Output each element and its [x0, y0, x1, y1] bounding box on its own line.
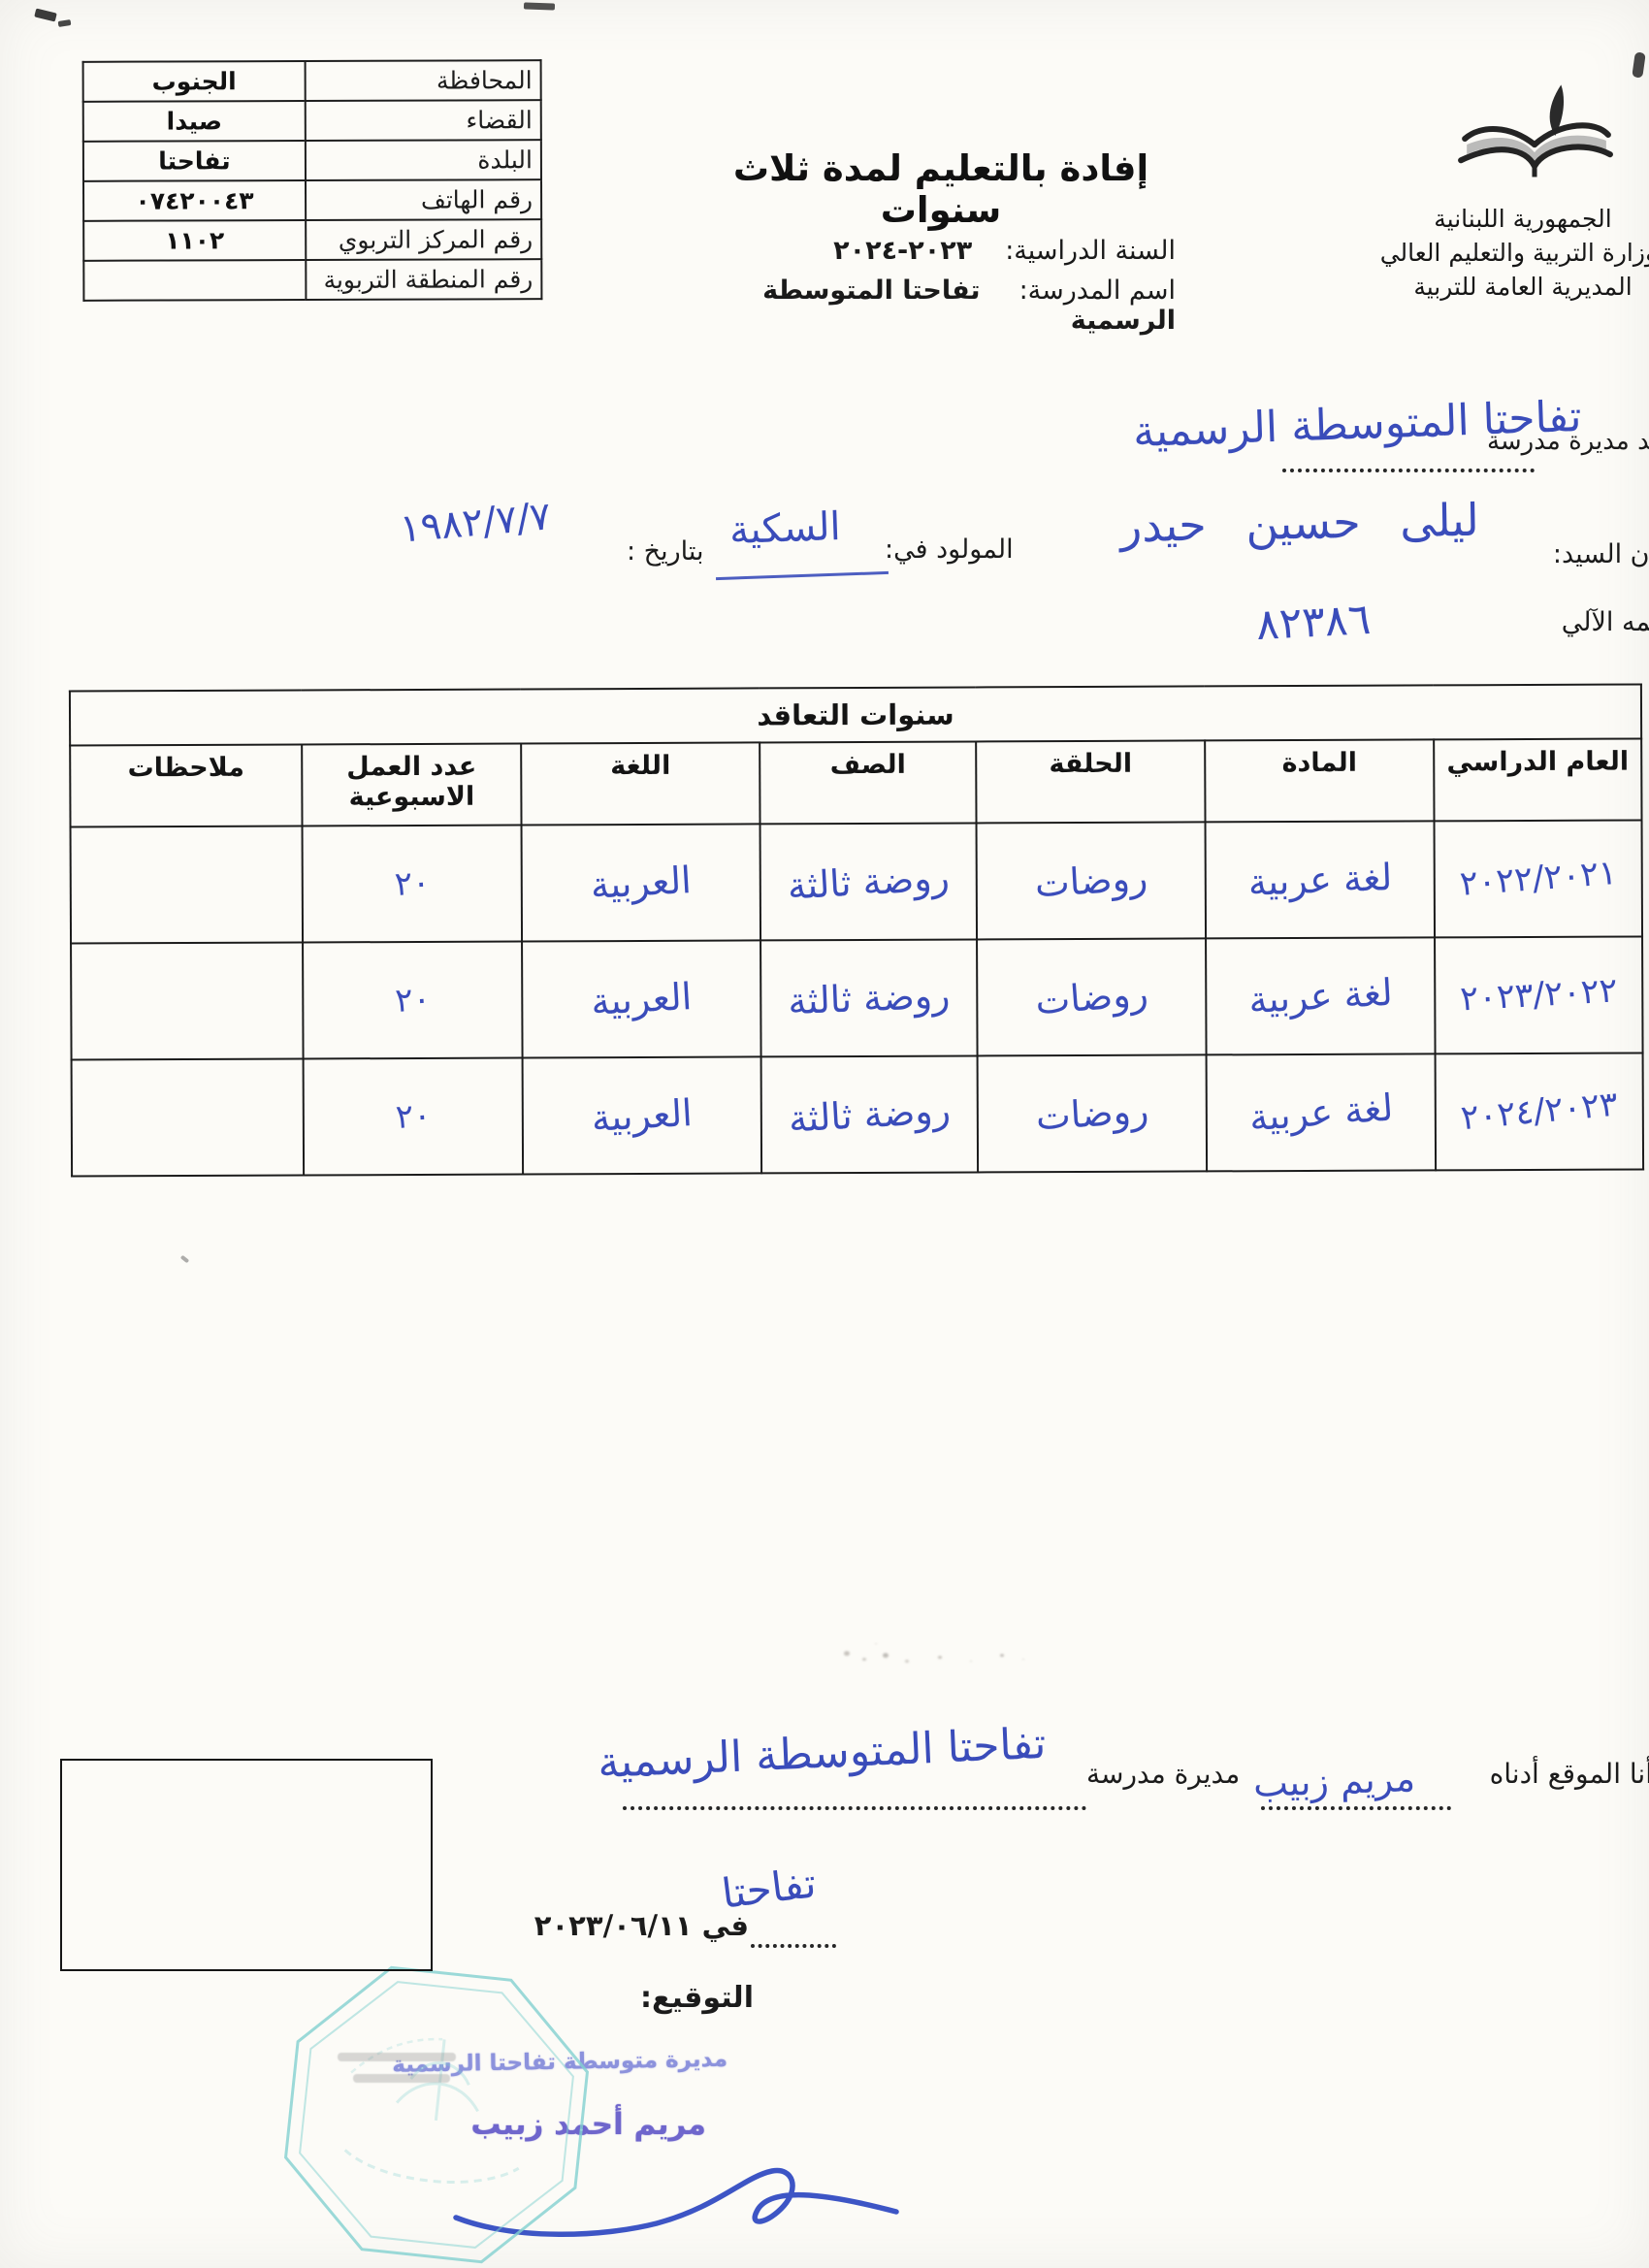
- info-label: القضاء: [306, 100, 541, 141]
- table-row: البلدة تفاحتا: [83, 140, 541, 181]
- cell-weekly-hours: ٢٠: [304, 1058, 524, 1176]
- school-name-line: اسم المدرسة:تفاحتا المتوسطة الرسمية: [718, 275, 1176, 336]
- dotted-line: [1282, 465, 1535, 472]
- date-line: في ٢٠٢٣/٠٦/١١: [485, 1909, 749, 1942]
- school-name-label: اسم المدرسة:: [1019, 275, 1176, 306]
- cell-grade: روضة ثالثة: [761, 1055, 979, 1173]
- info-value: ٠٧٤٢٠٠٤٣: [83, 180, 306, 221]
- auto-id-handwritten: ٨٢٣٨٦: [1255, 595, 1373, 650]
- col-header-notes: ملاحظات: [70, 744, 302, 826]
- cell-grade: روضة ثالثة: [760, 823, 978, 940]
- signer-name-handwritten: مريم زبيب: [1252, 1757, 1415, 1805]
- cell-notes: [71, 942, 304, 1059]
- birthdate-handwritten: ١٩٨٢/٧/٧: [398, 494, 552, 551]
- cell-year: ٢٠٢٤/٢٠٢٣: [1436, 1053, 1644, 1170]
- school-year-value: ٢٠٢٣-٢٠٢٤: [833, 236, 972, 266]
- cell-notes: [71, 826, 304, 943]
- birthplace-underline: [716, 571, 889, 580]
- table-header-row: العام الدراسي المادة الحلقة الصف اللغة ع…: [70, 738, 1641, 826]
- declaration-role: مديرة مدرسة: [1086, 1758, 1240, 1790]
- cell-year: ٢٠٢٣/٢٠٢٢: [1435, 936, 1643, 1053]
- auto-id-label: رقمه الآلي: [1562, 607, 1649, 637]
- cell-language: العربية: [523, 1056, 762, 1174]
- col-header-weekly-hours: عدد العمل الاسبوعية: [302, 744, 521, 826]
- cell-cycle: روضات: [978, 1054, 1208, 1172]
- scan-artifact: [524, 2, 555, 10]
- cell-language: العربية: [522, 940, 761, 1057]
- table-row: ٢٠٢٣/٢٠٢٢ لغة عربية روضات روضة ثالثة الع…: [71, 936, 1643, 1059]
- contract-years-table: سنوات التعاقد العام الدراسي المادة الحلق…: [69, 683, 1644, 1177]
- table-row: رقم المنطقة التربوية: [83, 259, 541, 301]
- cell-weekly-hours: ٢٠: [303, 826, 523, 943]
- cell-cycle: روضات: [977, 938, 1207, 1055]
- info-value: صيدا: [83, 101, 306, 142]
- table-row: المحافظة الجنوب: [83, 60, 541, 102]
- open-book-logo: [1451, 81, 1618, 200]
- info-value: الجنوب: [83, 61, 306, 102]
- school-name-handwritten-footer: تفاحتا المتوسطة الرسمية: [597, 1719, 1047, 1788]
- cell-notes: [72, 1058, 305, 1176]
- person-name-handwritten: ليلى حسين حيدر: [1120, 494, 1480, 552]
- cell-year: ٢٠٢٢/٢٠٢١: [1435, 820, 1643, 937]
- birthdate-label: بتاريخ :: [627, 536, 704, 567]
- dotted-line: [751, 1940, 836, 1948]
- ministry-line-directorate: المديرية العامة للتربية: [1389, 270, 1649, 304]
- col-header-year: العام الدراسي: [1434, 738, 1641, 821]
- scan-artifact: [58, 19, 72, 27]
- col-header-grade: الصف: [760, 741, 976, 824]
- cell-grade: روضة ثالثة: [760, 939, 978, 1056]
- declaration-prefix: أنا الموقع أدناه: [1490, 1758, 1649, 1790]
- info-value: تفاحتا: [83, 141, 306, 181]
- col-header-cycle: الحلقة: [976, 740, 1205, 823]
- school-year-label: السنة الدراسية:: [1005, 236, 1176, 266]
- school-year-line: السنة الدراسية:٢٠٢٣-٢٠٢٤: [718, 236, 1176, 266]
- cell-language: العربية: [522, 824, 761, 941]
- table-row: رقم المركز التربوي ١١٠٢: [83, 219, 541, 261]
- info-label: رقم المنطقة التربوية: [306, 259, 541, 300]
- ministry-line-ministry: وزارة التربية والتعليم العالي: [1389, 236, 1649, 270]
- info-label: رقم الهاتف: [306, 179, 541, 220]
- signature-label: التوقيع:: [640, 1981, 754, 2015]
- birthplace-handwritten: السكية: [728, 504, 841, 553]
- dotted-line: [623, 1802, 1086, 1810]
- certificate-title: إفادة بالتعليم لمدة ثلاث سنوات: [706, 147, 1176, 231]
- scanned-certificate-page: المحافظة الجنوب القضاء صيدا البلدة تفاحت…: [0, 0, 1649, 2268]
- scan-smudge: [844, 1651, 850, 1656]
- cell-subject: لغة عربية: [1206, 937, 1436, 1054]
- person-label: أن السيد:: [1553, 539, 1649, 569]
- cell-subject: لغة عربية: [1206, 821, 1436, 938]
- info-label: رقم المركز التربوي: [306, 219, 541, 260]
- ministry-line-republic: الجمهورية اللبنانية: [1389, 202, 1649, 236]
- cell-cycle: روضات: [977, 822, 1207, 939]
- info-label: المحافظة: [306, 60, 541, 101]
- table-row: ٢٠٢٢/٢٠٢١ لغة عربية روضات روضة ثالثة الع…: [71, 820, 1643, 943]
- cell-weekly-hours: ٢٠: [303, 942, 523, 1059]
- born-in-label: المولود في:: [885, 535, 1014, 565]
- info-value: ١١٠٢: [83, 220, 306, 261]
- table-row: ٢٠٢٤/٢٠٢٣ لغة عربية روضات روضة ثالثة الع…: [72, 1053, 1644, 1176]
- info-value: [83, 260, 306, 301]
- empty-box: [60, 1759, 433, 1971]
- scan-artifact: [1632, 51, 1646, 78]
- contract-table-title: سنوات التعاقد: [70, 684, 1641, 745]
- col-header-language: اللغة: [521, 742, 760, 825]
- scan-artifact: [180, 1255, 190, 1264]
- table-row: رقم الهاتف ٠٧٤٢٠٠٤٣: [83, 179, 541, 221]
- table-row: القضاء صيدا: [83, 100, 541, 142]
- octagon-school-stamp-icon: [281, 1963, 592, 2266]
- cell-subject: لغة عربية: [1207, 1053, 1437, 1171]
- ministry-header: الجمهورية اللبنانية وزارة التربية والتعل…: [1389, 202, 1649, 304]
- col-header-subject: المادة: [1205, 739, 1434, 822]
- info-label: البلدة: [306, 140, 541, 180]
- school-info-table: المحافظة الجنوب القضاء صيدا البلدة تفاحت…: [82, 59, 543, 302]
- scan-artifact: [34, 8, 57, 21]
- table-band-row: سنوات التعاقد: [70, 684, 1641, 745]
